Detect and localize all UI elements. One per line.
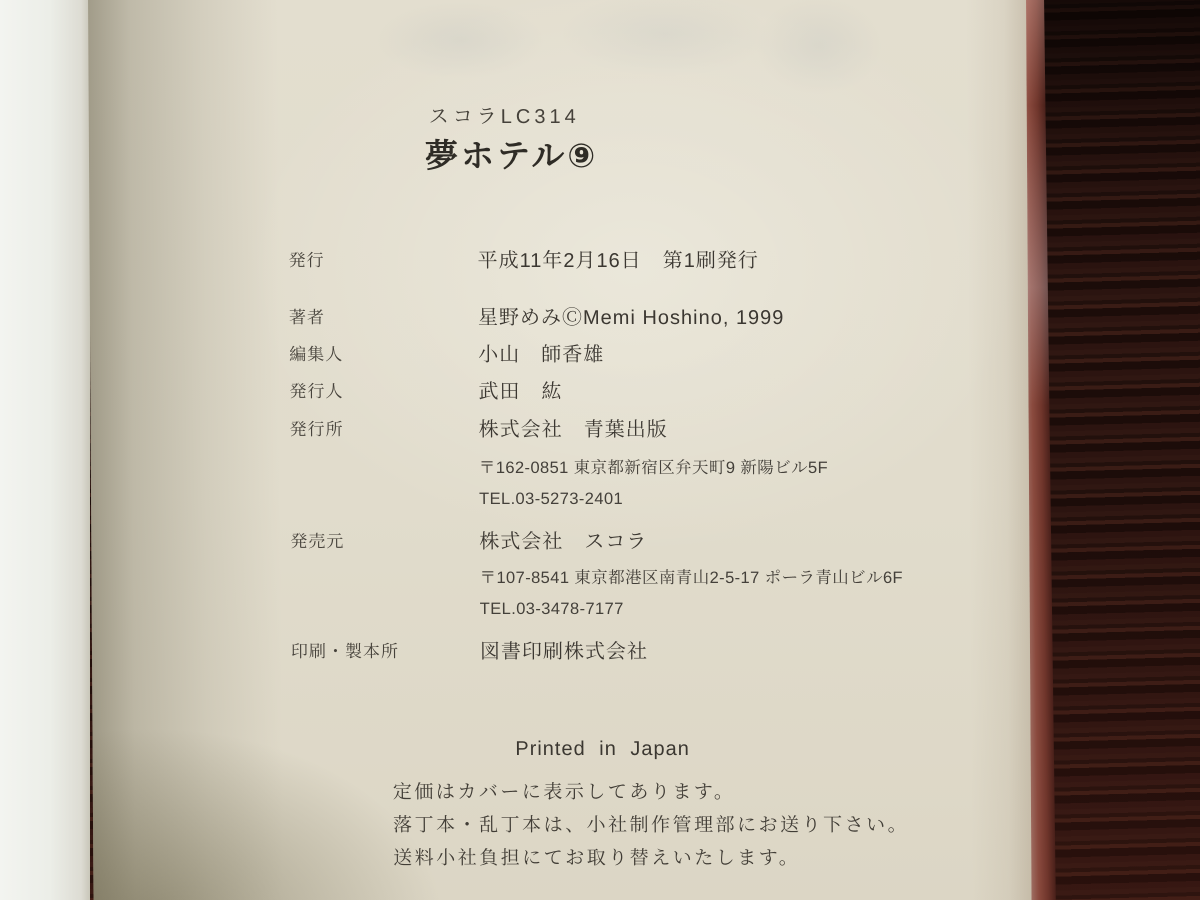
colophon-label-publisher: 発行所 <box>290 415 344 440</box>
publisher-address: 〒162-0851 東京都新宿区弁天町9 新陽ビル5F <box>479 454 828 478</box>
colophon-value-editor: 小山 師香雄 <box>478 338 604 367</box>
colophon-value-author: 星野めみⒸMemi Hoshino, 1999 <box>478 301 785 330</box>
colophon-label-printer: 印刷・製本所 <box>291 637 399 662</box>
series-code: スコラLC314 <box>429 100 580 129</box>
colophon-value-distributor: 株式会社 スコラ <box>479 525 647 554</box>
footer-note-postage: 送料小社負担にてお取り替えいたします。 <box>393 843 800 870</box>
colophon-page: スコラLC314 夢ホテル⑨ 発行 平成11年2月16日 第1刷発行 著者 星野… <box>88 0 1032 900</box>
colophon-label-distributor: 発売元 <box>290 527 344 552</box>
footer-note-price: 定価はカバーに表示してあります。 <box>393 777 736 804</box>
page-stack-fore-edge <box>0 0 90 900</box>
colophon-value-printer: 図書印刷株式会社 <box>480 635 648 664</box>
colophon-label-hakko: 発行 <box>289 246 325 271</box>
ink-showthrough <box>268 0 909 106</box>
colophon-value-publisher-person: 武田 紘 <box>478 375 562 404</box>
printed-in-japan: Printed in Japan <box>303 738 903 761</box>
colophon-label-publisher-person: 発行人 <box>289 377 343 402</box>
footer-note-defective: 落丁本・乱丁本は、小社制作管理部にお送り下さい。 <box>393 810 909 837</box>
publisher-phone: TEL.03-5273-2401 <box>479 490 623 509</box>
book-title: 夢ホテル⑨ <box>425 130 599 177</box>
colophon-label-author: 著者 <box>289 303 325 328</box>
distributor-address: 〒107-8541 東京都港区南青山2-5-17 ポーラ青山ビル6F <box>479 564 903 588</box>
colophon-value-publisher: 株式会社 青葉出版 <box>479 413 668 442</box>
colophon-label-editor: 編集人 <box>289 340 343 365</box>
book-colophon-photo: スコラLC314 夢ホテル⑨ 発行 平成11年2月16日 第1刷発行 著者 星野… <box>0 0 1200 900</box>
colophon-value-hakko: 平成11年2月16日 第1刷発行 <box>478 244 759 273</box>
distributor-phone: TEL.03-3478-7177 <box>480 600 624 619</box>
